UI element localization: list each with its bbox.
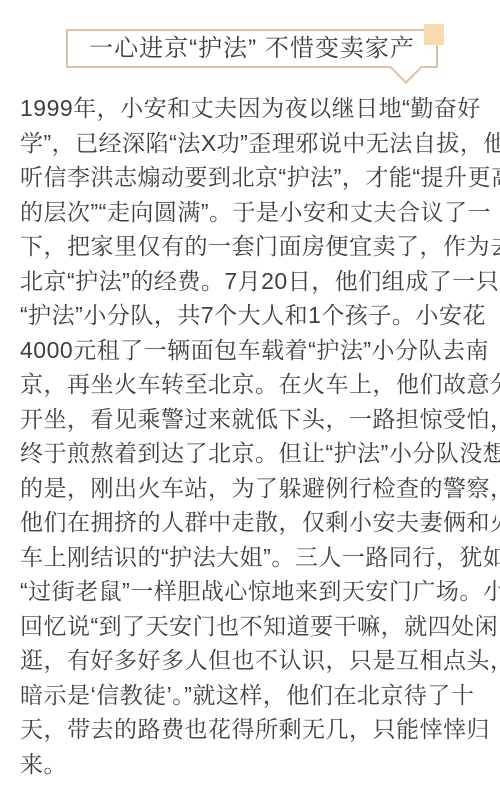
article-text-line: 京，再坐火车转至北京。在火车上，他们故意分 — [20, 367, 482, 402]
article-text-line: 4000元租了一辆面包车载着“护法”小分队去南 — [20, 333, 482, 368]
article-text-line: 的层次”“走向圆满”。于是小安和丈夫合议了一 — [20, 195, 482, 230]
article-text-line: 他们在拥挤的人群中走散，仅剩小安夫妻俩和火 — [20, 505, 482, 540]
article-text-line: 逛，有好多好多人但也不认识，只是互相点头， — [20, 643, 482, 678]
article-text-line: “护法”小分队，共7个大人和1个孩子。小安花 — [20, 298, 482, 333]
article-text-line: 回忆说“到了天安门也不知道要干嘛，就四处闲 — [20, 609, 482, 644]
article-text-line: “过街老鼠”一样胆战心惊地来到天安门广场。小安 — [20, 574, 482, 609]
article-text-line: 开坐，看见乘警过来就低下头，一路担惊受怕， — [20, 402, 482, 437]
article-page: 一心进京“护法” 不惜变卖家产 1999年，小安和丈夫因为夜以继日地“勤奋好学”… — [0, 0, 500, 800]
article-text-line: 终于煎熬着到达了北京。但让“护法”小分队没想到 — [20, 436, 482, 471]
article-body: 1999年，小安和丈夫因为夜以继日地“勤奋好学”，已经深陷“法X功”歪理邪说中无… — [20, 91, 482, 781]
article-text-line: 来。 — [20, 747, 482, 782]
article-text-line: 车上刚结识的“护法大姐”。三人一路同行，犹如 — [20, 540, 482, 575]
article-text-line: 下，把家里仅有的一套门面房便宜卖了，作为去 — [20, 229, 482, 264]
section-title: 一心进京“护法” 不惜变卖家产 — [68, 31, 436, 66]
article-text-line: 北京“护法”的经费。7月20日，他们组成了一只 — [20, 264, 482, 299]
article-text-line: 暗示是‘信教徒’。”就这样，他们在北京待了十 — [20, 678, 482, 713]
article-text-line: 天，带去的路费也花得所剩无几，只能悻悻归 — [20, 712, 482, 747]
article-text-line: 听信李洪志煽动要到北京“护法”，才能“提升更高 — [20, 160, 482, 195]
article-text-line: 的是，刚出火车站，为了躲避例行检查的警察， — [20, 471, 482, 506]
section-title-banner: 一心进京“护法” 不惜变卖家产 — [66, 29, 438, 68]
article-text-line: 1999年，小安和丈夫因为夜以继日地“勤奋好 — [20, 91, 482, 126]
article-text-line: 学”，已经深陷“法X功”歪理邪说中无法自拔，他们 — [20, 126, 482, 161]
